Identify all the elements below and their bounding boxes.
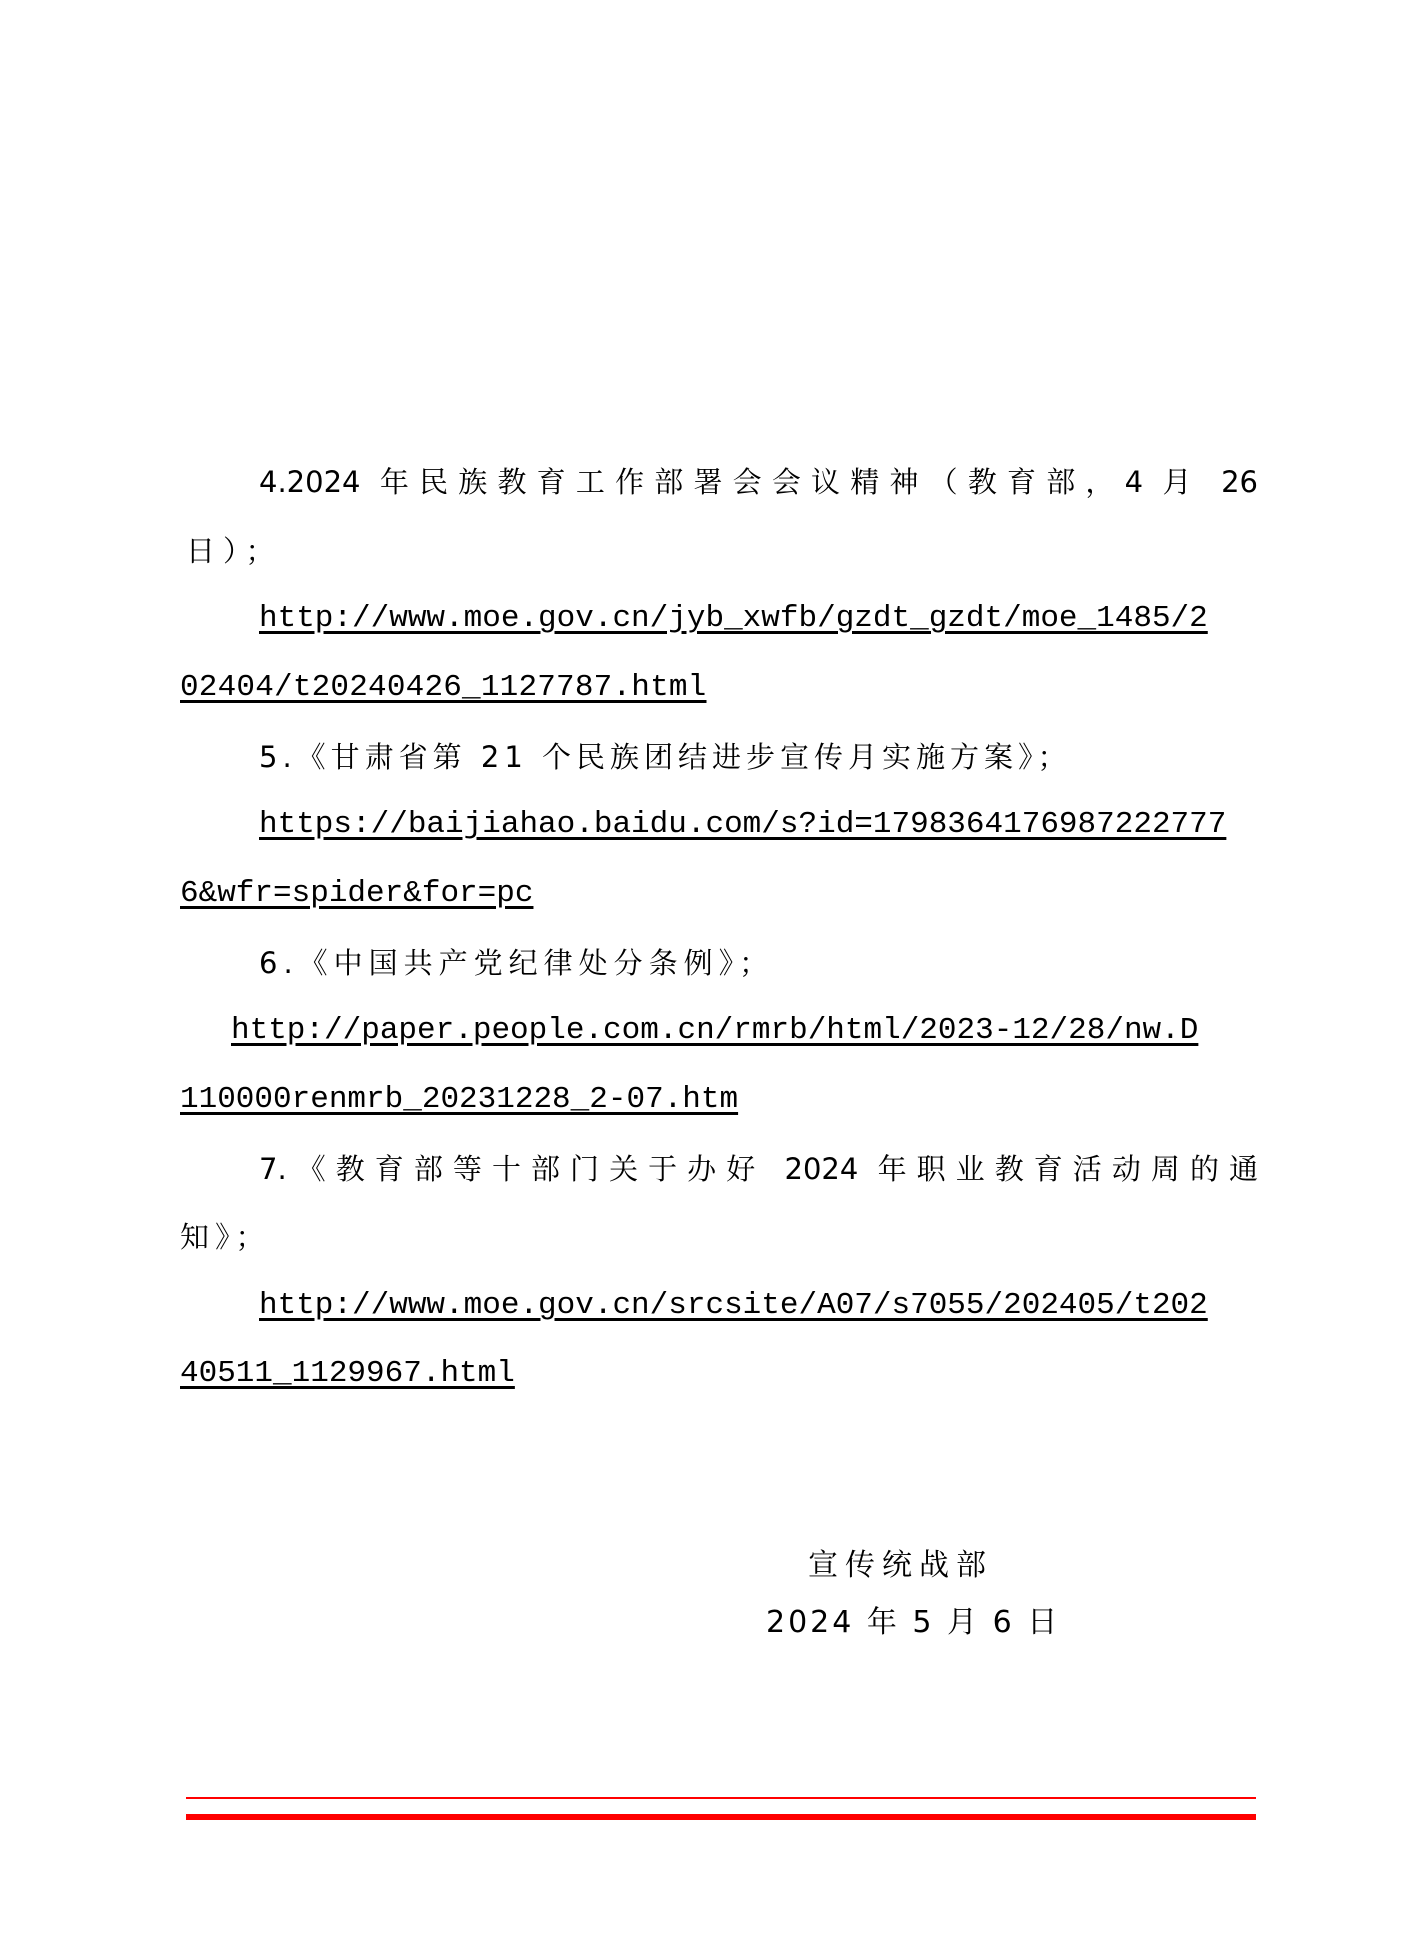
reference-4-title-line-2: 日）； [186, 531, 283, 571]
signature-department: 宣传统战部 [808, 1546, 993, 1586]
footer-thick-red-rule [186, 1814, 1256, 1820]
reference-4-url-line-1[interactable]: http://www.moe.gov.cn/jyb_xwfb/gzdt_gzdt… [259, 599, 1258, 639]
reference-7-url-line-1[interactable]: http://www.moe.gov.cn/srcsite/A07/s7055/… [259, 1286, 1258, 1326]
reference-4-title-line-1: 4.2024 年民族教育工作部署会会议精神（教育部，4 月 26 [259, 462, 1258, 502]
reference-7-title-line-1: 7.《教育部等十部门关于办好 2024 年职业教育活动周的通 [259, 1149, 1258, 1189]
signature-date: 2024 年 5 月 6 日 [766, 1603, 1060, 1643]
reference-5-title: 5.《甘肃省第 21 个民族团结进步宣传月实施方案》； [259, 737, 1072, 777]
reference-6-url-line-2[interactable]: 110000renmrb_20231228_2-07.htm [180, 1080, 738, 1120]
document-page: 4.2024 年民族教育工作部署会会议精神（教育部，4 月 26 日）； htt… [0, 0, 1425, 1938]
reference-6-url-line-1[interactable]: http://paper.people.com.cn/rmrb/html/202… [231, 1011, 1249, 1051]
footer-thin-red-rule [186, 1797, 1256, 1799]
reference-4-url-line-2[interactable]: 02404/t20240426_1127787.html [180, 668, 707, 708]
reference-5-url-line-2[interactable]: 6&wfr=spider&for=pc [180, 874, 533, 914]
reference-6-title: 6.《中国共产党纪律处分条例》； [259, 943, 774, 983]
reference-5-url-line-1[interactable]: https://baijiahao.baidu.com/s?id=1798364… [259, 805, 1258, 845]
reference-7-title-line-2: 知》； [180, 1217, 271, 1257]
reference-7-url-line-2[interactable]: 40511_1129967.html [180, 1354, 515, 1394]
